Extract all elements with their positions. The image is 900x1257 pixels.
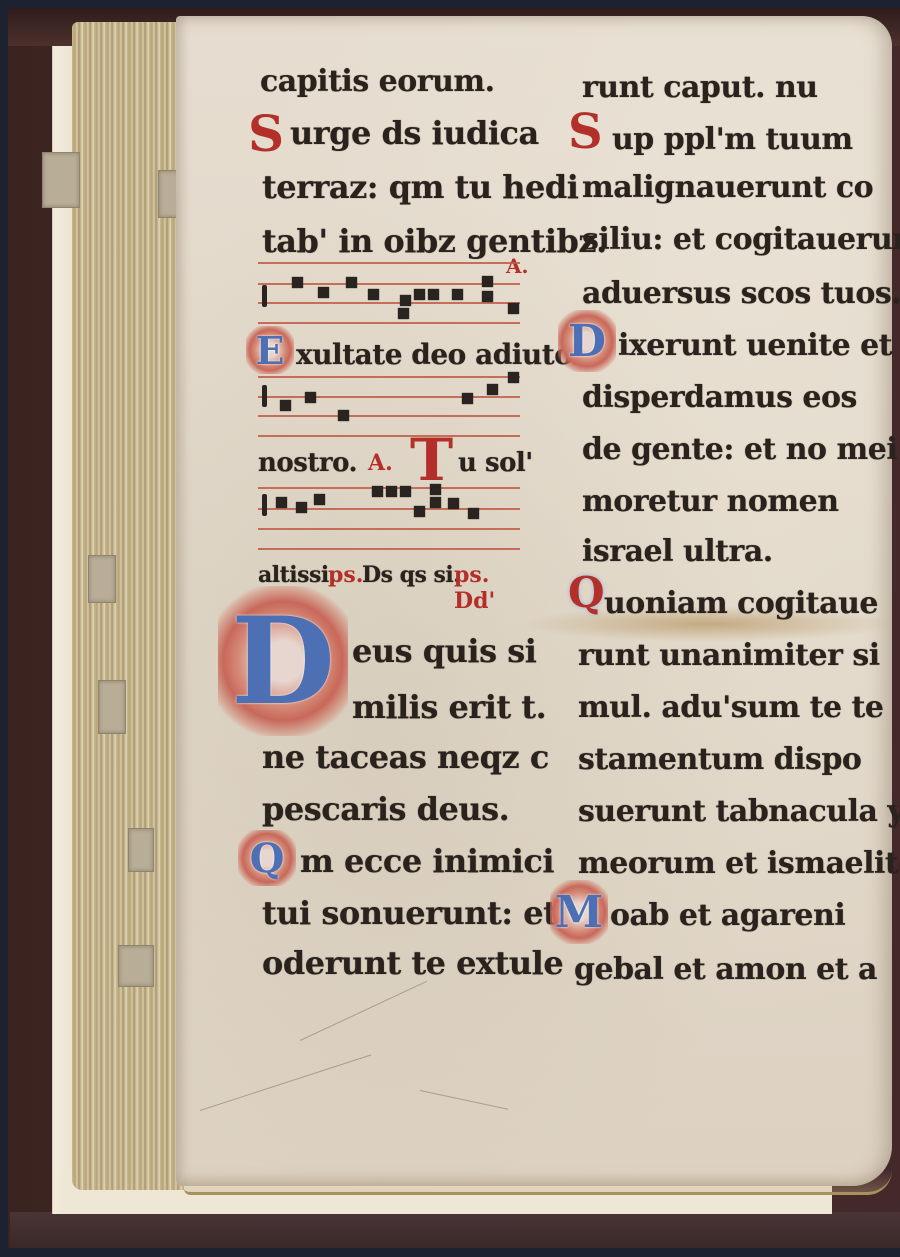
- text-line: urge ds iudica: [290, 114, 539, 152]
- text-line: runt caput. nu: [582, 70, 818, 105]
- text-line: milis erit t.: [352, 688, 546, 726]
- fore-edge-tab[interactable]: [128, 828, 154, 872]
- staff-line: [258, 435, 520, 437]
- neume: [482, 276, 493, 287]
- staff-line: [258, 376, 520, 378]
- text-line: oab et agareni: [610, 898, 845, 933]
- text-line: altissi.: [258, 562, 336, 588]
- text-line: mul. adu'sum te te: [578, 690, 883, 725]
- neume: [292, 277, 303, 288]
- neume: [280, 400, 291, 411]
- staff-line: [258, 396, 520, 398]
- text-line: terraz: qm tu hedi: [262, 168, 578, 206]
- fore-edge-tab[interactable]: [42, 152, 80, 208]
- rubric-psalm: ps.: [328, 562, 363, 588]
- rubric-psalm: ps. Dd': [454, 562, 495, 614]
- text-line: eus quis si: [352, 632, 536, 670]
- fore-edge-tab[interactable]: [118, 945, 154, 987]
- folio-bottom-rim: [184, 1170, 892, 1195]
- staff-line: [258, 322, 520, 324]
- neume: [448, 498, 459, 509]
- staff-line: [258, 262, 520, 264]
- text-line: nostro.: [258, 448, 357, 478]
- rubric-mark-antiphon: A.: [506, 254, 528, 278]
- neume: [508, 372, 519, 383]
- text-line: Ds qs si.: [362, 562, 460, 588]
- text-line: tab' in oibz gentibz.: [262, 222, 607, 260]
- neume: [414, 289, 425, 300]
- text-line: ixerunt uenite et: [618, 328, 892, 363]
- neume: [318, 287, 329, 298]
- illuminated-initial-q: Q: [238, 830, 296, 886]
- neume: [276, 497, 287, 508]
- neume: [305, 392, 316, 403]
- neume: [338, 410, 349, 421]
- text-line: meorum et ismaelite.: [578, 846, 900, 881]
- neume: [296, 502, 307, 513]
- text-line: israel ultra.: [582, 534, 773, 569]
- fore-edge-tab[interactable]: [98, 680, 126, 734]
- text-line: de gente: et no mei: [582, 432, 897, 467]
- neume: [398, 308, 409, 319]
- illuminated-initial-d-large: D: [218, 586, 348, 736]
- staff-line: [258, 548, 520, 550]
- staff-line: [258, 302, 520, 304]
- rubric-initial-s: S: [248, 104, 284, 163]
- neume: [386, 486, 397, 497]
- text-line: up ppl'm tuum: [612, 122, 853, 157]
- rubric-initial-s: S: [568, 104, 603, 160]
- neume: [400, 295, 411, 306]
- text-line: stamentum dispo: [578, 742, 861, 777]
- text-line: aduersus scos tuos.: [582, 276, 900, 311]
- fore-edge-tab[interactable]: [88, 555, 116, 603]
- illuminated-initial-d: D: [558, 310, 616, 372]
- c-clef: [262, 385, 267, 407]
- text-line: xultate deo adiutori: [296, 338, 597, 371]
- text-line: siliu: et cogitauerunt: [582, 222, 900, 257]
- rubric-initial-q: Q: [568, 568, 605, 617]
- rubric-mark-antiphon: A.: [368, 450, 393, 476]
- neume: [430, 497, 441, 508]
- text-line: disperdamus eos: [582, 380, 857, 415]
- neume: [482, 291, 493, 302]
- neume: [462, 393, 473, 404]
- illuminated-initial-m: M: [550, 880, 608, 944]
- neume: [368, 289, 379, 300]
- binding-bottom-edge: [10, 1212, 900, 1248]
- neume: [508, 303, 519, 314]
- text-line: moretur nomen: [582, 484, 839, 519]
- neume: [428, 289, 439, 300]
- text-line: pescaris deus.: [262, 790, 509, 828]
- neume: [400, 486, 411, 497]
- text-line: capitis eorum.: [260, 64, 495, 99]
- text-line: gebal et amon et a: [574, 952, 877, 987]
- text-line: suerunt tabnacula ydu: [578, 794, 900, 829]
- text-line: m ecce inimici: [300, 842, 554, 880]
- text-line: ne taceas neqz c: [262, 738, 549, 776]
- c-clef: [262, 494, 267, 516]
- neume: [346, 277, 357, 288]
- staff-line: [258, 415, 520, 417]
- illuminated-initial-e: E: [246, 326, 294, 374]
- neume: [314, 494, 325, 505]
- neume: [430, 484, 441, 495]
- text-line: u sol': [458, 448, 533, 478]
- c-clef: [262, 285, 267, 307]
- neume: [452, 289, 463, 300]
- text-line: oderunt te extule: [262, 944, 563, 982]
- neume: [414, 506, 425, 517]
- neume: [372, 486, 383, 497]
- text-line: malignauerunt co: [582, 170, 873, 205]
- staff-line: [258, 528, 520, 530]
- neume: [468, 508, 479, 519]
- text-line: uoniam cogitaue: [604, 586, 878, 621]
- neume: [487, 384, 498, 395]
- text-line: tui sonuerunt: et q: [262, 894, 590, 932]
- text-line: runt unanimiter si: [578, 638, 880, 673]
